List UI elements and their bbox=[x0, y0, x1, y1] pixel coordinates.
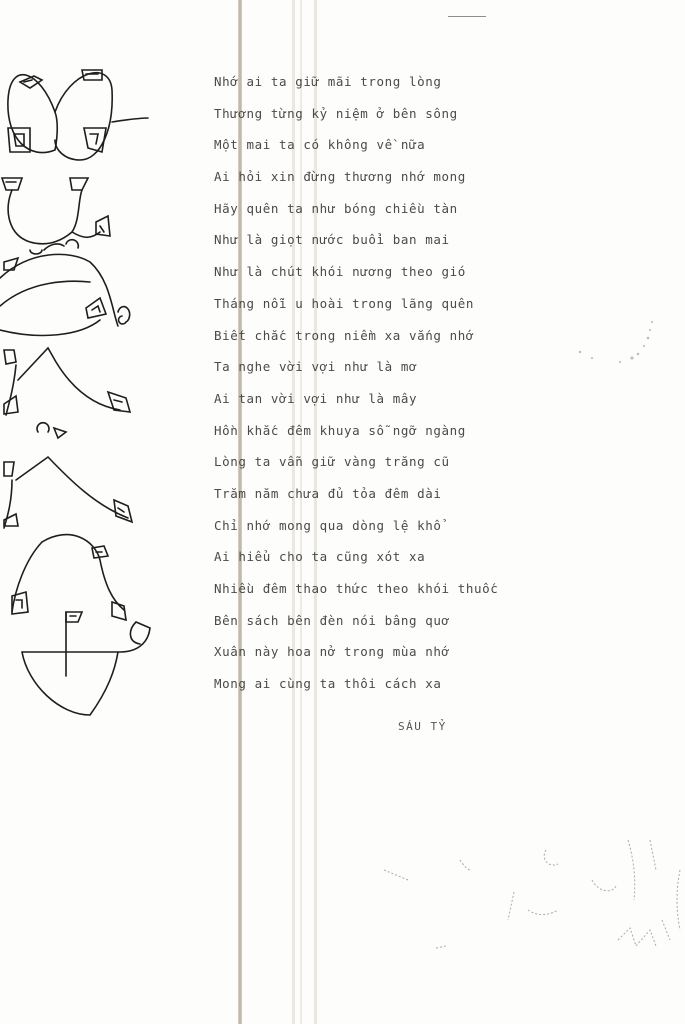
ink-specks-icon bbox=[570, 310, 680, 370]
poem-line: Ai tan vời vợi như là mây bbox=[214, 389, 594, 421]
poem-line: Trăm năm chưa đủ tỏa đêm dài bbox=[214, 484, 594, 516]
poem-line: Xuân này hoa nở trong mùa nhớ bbox=[214, 642, 594, 674]
poem-line: Như là chút khói nương theo gió bbox=[214, 262, 594, 294]
poem-line: Bên sách bên đèn nói bâng quơ bbox=[214, 611, 594, 643]
poem-line: Hồn khắc đêm khuya sỗ ngỡ ngàng bbox=[214, 421, 594, 453]
poem-line: Lòng ta vẫn giữ vàng trăng cũ bbox=[214, 452, 594, 484]
poem-line: Biết chắc trong niềm xa vắng nhớ bbox=[214, 326, 594, 358]
poem-line: Một mai ta có không về nữa bbox=[214, 135, 594, 167]
pencil-mark bbox=[448, 16, 486, 17]
poem-line: Ai hỏi xin đừng thương nhớ mong bbox=[214, 167, 594, 199]
margin-drawing-icon bbox=[0, 50, 165, 730]
poem-line: Hãy quên ta như bóng chiều tàn bbox=[214, 199, 594, 231]
poem-line: Nhiều đêm thao thức theo khói thuốc bbox=[214, 579, 594, 611]
poem-line: Tháng nỗi u hoài trong lãng quên bbox=[214, 294, 594, 326]
poem-line: Thương từng kỷ niệm ở bên sông bbox=[214, 104, 594, 136]
poem-line: Như là giọt nước buổi ban mai bbox=[214, 230, 594, 262]
poem-body: Nhớ ai ta giữ mãi trong lòng Thương từng… bbox=[214, 72, 594, 706]
poem-line: Ta nghe vời vợi như là mơ bbox=[214, 357, 594, 389]
poem-line: Nhớ ai ta giữ mãi trong lòng bbox=[214, 72, 594, 104]
poem-line: Ai hiểu cho ta cũng xót xa bbox=[214, 547, 594, 579]
faded-pencil-sketch-icon bbox=[380, 800, 685, 970]
poem-line: Chỉ nhớ mong qua dòng lệ khổ bbox=[214, 516, 594, 548]
poem-line: Mong ai cùng ta thôi cách xa bbox=[214, 674, 594, 706]
author-signature: SÁU TỶ bbox=[398, 720, 447, 733]
scanned-page: Nhớ ai ta giữ mãi trong lòng Thương từng… bbox=[0, 0, 685, 1024]
